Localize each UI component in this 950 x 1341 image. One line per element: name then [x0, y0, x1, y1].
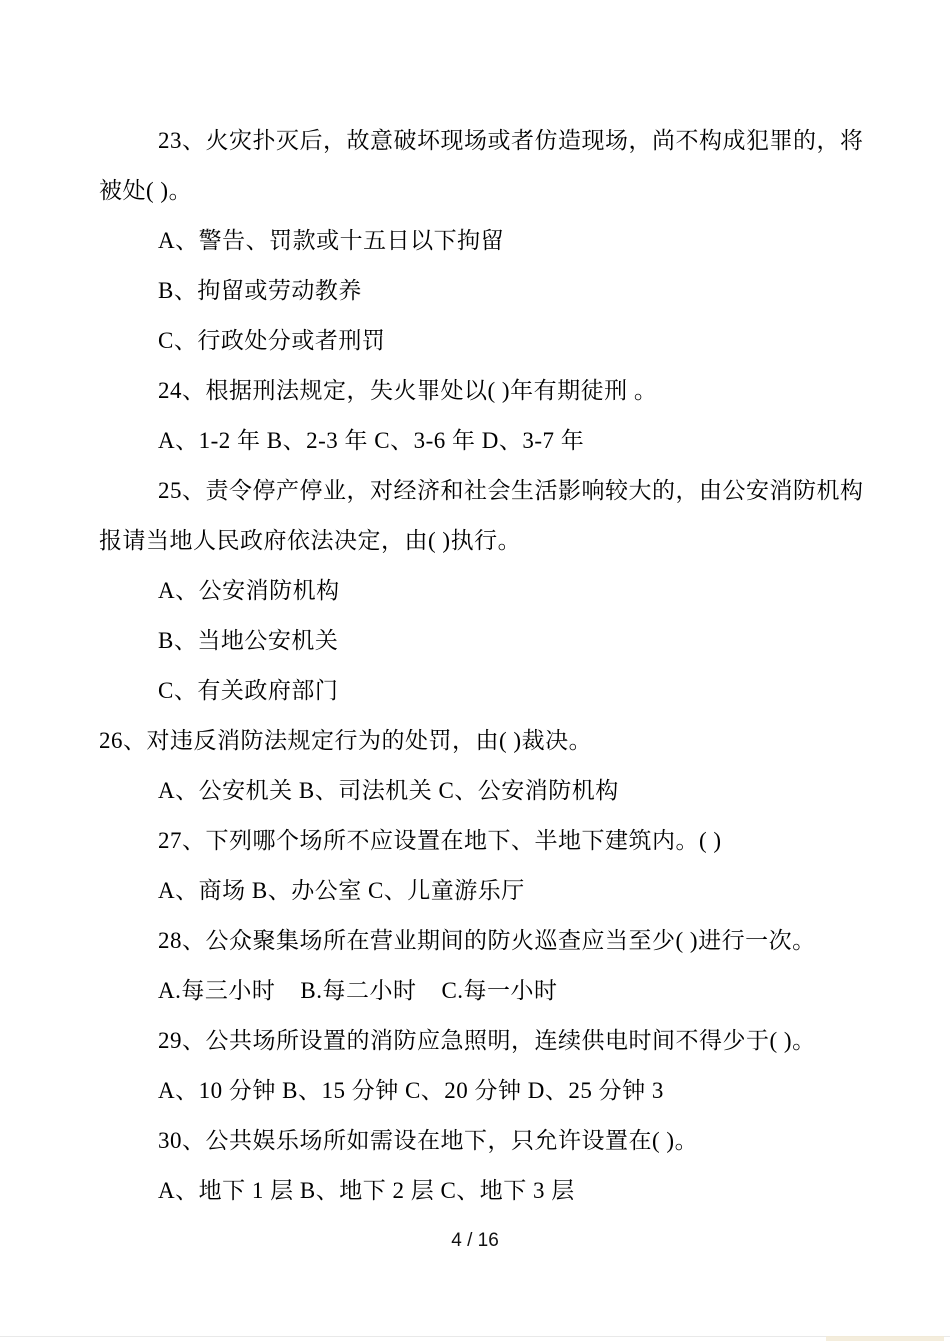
- q25-stem-line2: 报请当地人民政府依法决定，由( )执行。: [99, 516, 851, 566]
- q30-stem: 30、公共娱乐场所如需设在地下，只允许设置在( )。: [99, 1116, 851, 1166]
- q28-options: A.每三小时 B.每二小时 C.每一小时: [99, 966, 851, 1016]
- q23-option-a: A、警告、罚款或十五日以下拘留: [99, 216, 851, 266]
- document-page: 23、火灾扑灭后，故意破坏现场或者仿造现场，尚不构成犯罪的，将 被处( )。 A…: [0, 0, 950, 1341]
- q30-options: A、地下 1 层 B、地下 2 层 C、地下 3 层: [99, 1166, 851, 1216]
- q23-option-b: B、拘留或劳动教养: [99, 266, 851, 316]
- q27-options: A、商场 B、办公室 C、儿童游乐厅: [99, 866, 851, 916]
- q29-options: A、10 分钟 B、15 分钟 C、20 分钟 D、25 分钟 3: [99, 1066, 851, 1116]
- q25-option-b: B、当地公安机关: [99, 616, 851, 666]
- q26-stem: 26、对违反消防法规定行为的处罚，由( )裁决。: [99, 716, 851, 766]
- q23-stem-line2: 被处( )。: [99, 166, 851, 216]
- q27-stem: 27、下列哪个场所不应设置在地下、半地下建筑内。( ): [99, 816, 851, 866]
- q25-option-c: C、有关政府部门: [99, 666, 851, 716]
- q25-stem-line1: 25、责令停产停业，对经济和社会生活影响较大的，由公安消防机构: [99, 466, 851, 516]
- q23-option-c: C、行政处分或者刑罚: [99, 316, 851, 366]
- q23-stem-line1: 23、火灾扑灭后，故意破坏现场或者仿造现场，尚不构成犯罪的，将: [99, 116, 851, 166]
- q26-options: A、公安机关 B、司法机关 C、公安消防机构: [99, 766, 851, 816]
- q29-stem: 29、公共场所设置的消防应急照明，连续供电时间不得少于( )。: [99, 1016, 851, 1066]
- q24-options: A、1-2 年 B、2-3 年 C、3-6 年 D、3-7 年: [99, 416, 851, 466]
- bottom-watermark: [826, 1336, 944, 1341]
- bottom-divider: [0, 1336, 950, 1337]
- q24-stem: 24、根据刑法规定，失火罪处以( )年有期徒刑 。: [99, 366, 851, 416]
- q25-option-a: A、公安消防机构: [99, 566, 851, 616]
- exam-question-list: 23、火灾扑灭后，故意破坏现场或者仿造现场，尚不构成犯罪的，将 被处( )。 A…: [99, 116, 851, 1216]
- page-number: 4 / 16: [0, 1228, 950, 1254]
- q28-stem: 28、公众聚集场所在营业期间的防火巡查应当至少( )进行一次。: [99, 916, 851, 966]
